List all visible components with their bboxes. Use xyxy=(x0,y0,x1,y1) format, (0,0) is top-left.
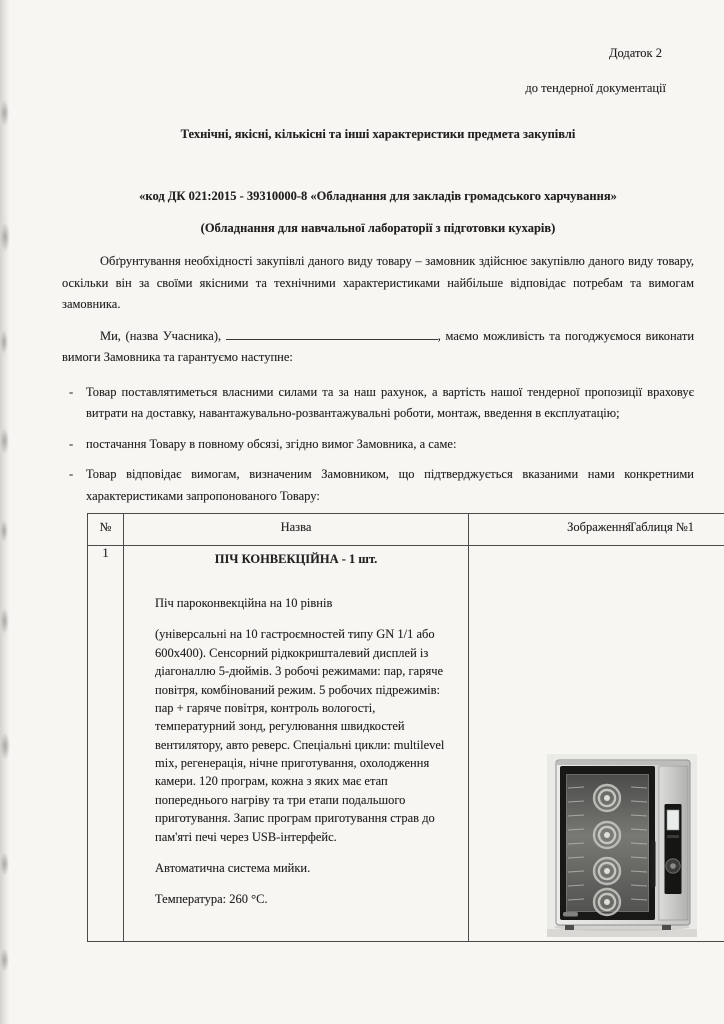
description-paragraph: (універсальні на 10 гастроємностей типу … xyxy=(155,625,456,846)
item-image-cell xyxy=(469,546,724,942)
participant-prefix: Ми, (назва Учасника), xyxy=(100,329,221,343)
description-paragraph: Піч пароконвекційна на 10 рівнів xyxy=(155,594,456,612)
document-title: Технічні, якісні, кількісні та інші хара… xyxy=(62,127,694,142)
appendix-label: Додаток 2 xyxy=(62,46,694,61)
list-item: Товар поставлятиметься власними силами т… xyxy=(62,382,694,425)
list-item: Товар відповідає вимогам, визначеним Зам… xyxy=(62,464,694,507)
convection-oven-image xyxy=(547,754,697,937)
document-body: Додаток 2 до тендерної документації Техн… xyxy=(0,0,724,535)
participant-paragraph: Ми, (назва Учасника), , маємо можливість… xyxy=(62,326,694,369)
procurement-subtitle: (Обладнання для навчальної лабораторії з… xyxy=(62,221,694,236)
procurement-code: «код ДК 021:2015 - 39310000-8 «Обладнанн… xyxy=(62,189,694,204)
specification-table: № Назва Зображення 1 ПІЧ КОНВЕКЦІЙНА - 1… xyxy=(87,513,724,942)
participant-name-blank xyxy=(226,327,438,340)
appendix-sublabel: до тендерної документації xyxy=(62,81,694,96)
description-paragraph: Автоматична система мийки. xyxy=(155,859,456,877)
column-header-image: Зображення xyxy=(469,514,724,546)
justification-paragraph: Обґрунтування необхідності закупівлі дан… xyxy=(62,251,694,316)
guarantee-list: Товар поставлятиметься власними силами т… xyxy=(62,382,694,508)
scan-artifact xyxy=(0,608,9,634)
item-title: ПІЧ КОНВЕКЦІЙНА - 1 шт. xyxy=(124,552,468,567)
table-header-row: № Назва Зображення xyxy=(88,514,724,546)
item-number: 1 xyxy=(88,546,124,942)
item-description-cell: ПІЧ КОНВЕКЦІЙНА - 1 шт. Піч пароконвекці… xyxy=(124,546,469,942)
table-row: 1 ПІЧ КОНВЕКЦІЙНА - 1 шт. Піч пароконвек… xyxy=(88,546,724,942)
scan-artifact xyxy=(0,732,10,760)
description-paragraph: Температура: 260 °С. xyxy=(155,890,456,908)
item-description: Піч пароконвекційна на 10 рівнів (універ… xyxy=(155,594,456,909)
scan-artifact xyxy=(0,852,9,876)
list-item: постачання Товару в повному обсязі, згід… xyxy=(62,434,694,456)
column-header-number: № xyxy=(88,514,124,546)
column-header-name: Назва xyxy=(124,514,469,546)
scan-artifact xyxy=(0,948,9,972)
scanned-page: Додаток 2 до тендерної документації Техн… xyxy=(0,0,724,1024)
